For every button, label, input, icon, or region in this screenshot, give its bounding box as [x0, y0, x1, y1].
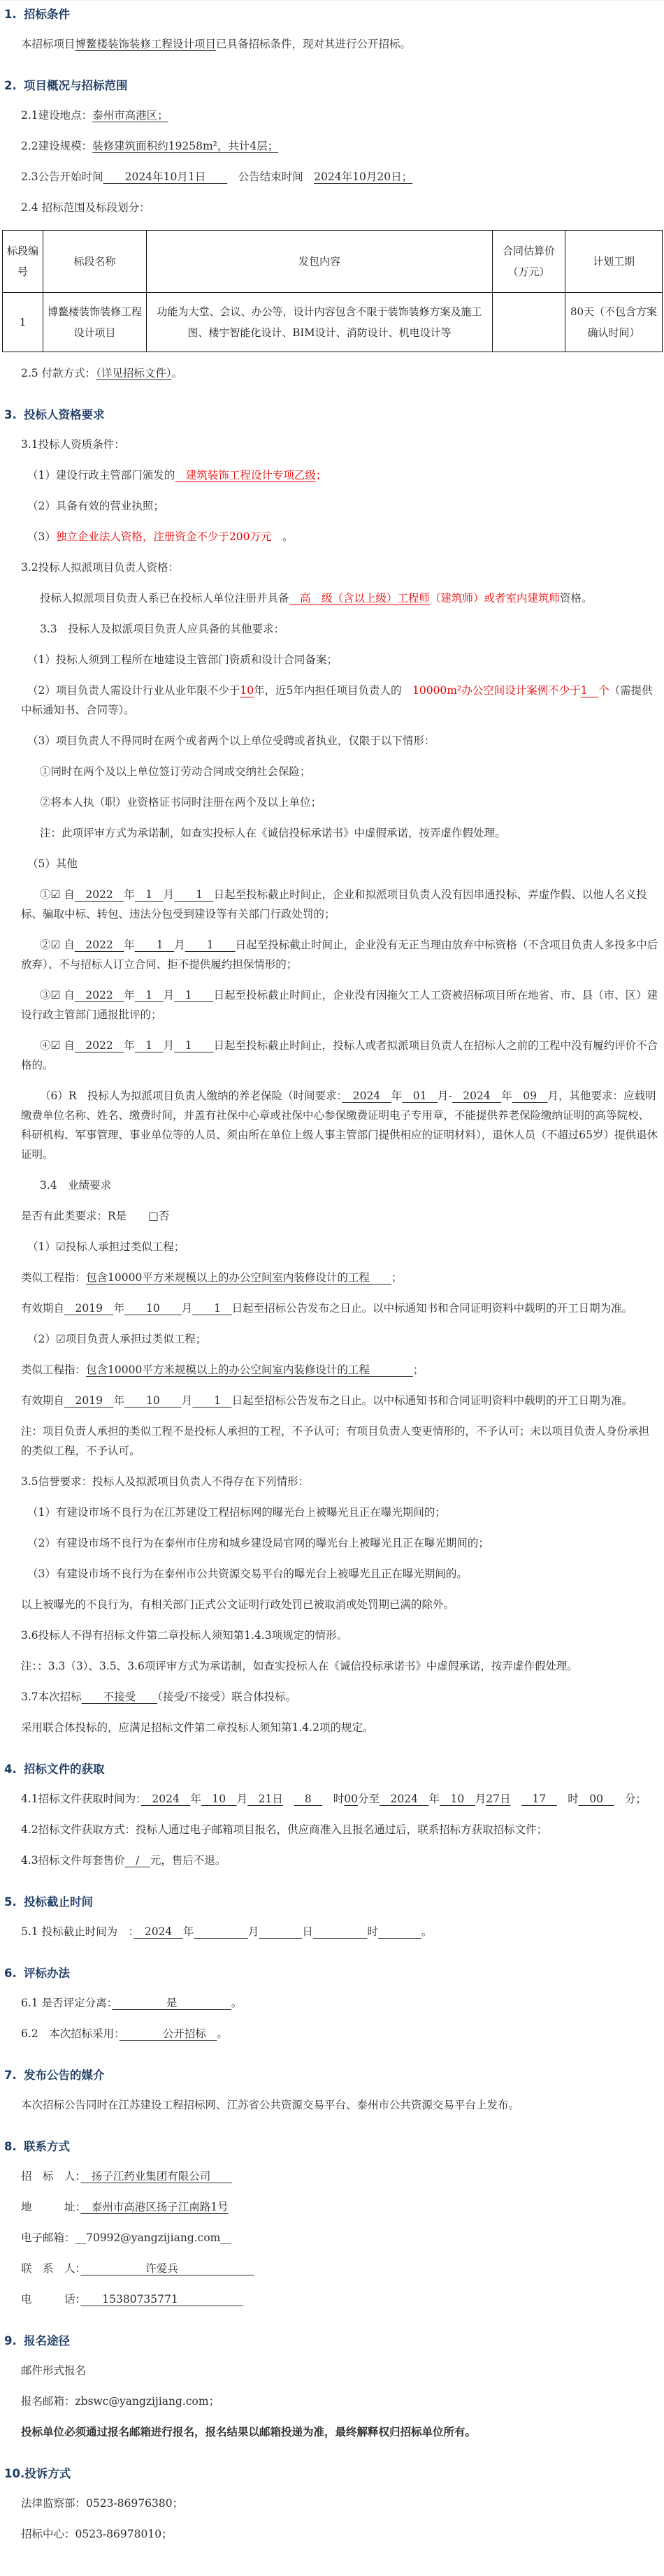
- section-number: 5.: [0, 1894, 24, 1911]
- para-tender-center-phone: 招标中心：0523-86978010；: [0, 2524, 664, 2544]
- para-credit-1: （1）有建设市场不良行为在江苏建设工程招标网的曝光台上被曝光且正在曝光期间的；: [0, 1503, 664, 1522]
- tender-sections-table: 标段编号 标段名称 发包内容 合同估算价（万元） 计划工期 1 博鳌楼装饰装修工…: [2, 230, 663, 352]
- para-tenderer-name: 招 标 人： 扬子江药业集团有限公司: [0, 2166, 664, 2186]
- para-similar-validity-1: 有效期自 2019 年 10 月 1 日起至招标公告发布之日止。以中标通知书和合…: [0, 1298, 664, 1318]
- heading-complaint-method: 10.投诉方式: [0, 2466, 664, 2482]
- section-title: 联系方式: [24, 2139, 70, 2155]
- para-pm-similar: （2）☑项目负责人承担过类似工程；: [0, 1329, 664, 1349]
- section-title: 发布公告的媒介: [24, 2067, 105, 2084]
- para-note-commitment: 注：此项评审方式为承诺制，如查实投标人在《诚信投标承诺书》中虚假承诺，按弄虚作假…: [0, 823, 664, 843]
- section-number: 8.: [0, 2139, 24, 2155]
- para-other-req-3: （3）项目负责人不得同时在两个或者两个以上单位受聘或者执业，仅限于以下情形：: [0, 731, 664, 751]
- col-planned-duration: 计划工期: [565, 231, 663, 293]
- section-title: 评标办法: [24, 1965, 70, 1982]
- section-number: 6.: [0, 1965, 24, 1982]
- section-number: 3.: [0, 407, 24, 424]
- para-credit-3: （3）有建设市场不良行为在泰州市公共资源交易平台的曝光台上被曝光且正在曝光期间的…: [0, 1564, 664, 1584]
- para-phone: 电 话： 15380735771: [0, 2289, 664, 2309]
- para-note-commitment-items: 注：：3.3（3）、3.5、3.6项评审方式为承诺制，如查实投标人在《诚信投标承…: [0, 1656, 664, 1676]
- para-performance-yesno: 是否有此类要求：R是 □否: [0, 1206, 664, 1226]
- para-contact-person: 联 系 人： 许爱兵: [0, 2259, 664, 2278]
- table-row: 1 博鳌楼装饰装修工程设计项目 功能为大堂、会议、办公等，设计内容包含不限于装饰…: [3, 293, 663, 352]
- para-payment-method: 2.5 付款方式：（详见招标文件）。: [0, 363, 664, 383]
- section-title: 投诉方式: [24, 2466, 71, 2482]
- col-contract-content: 发包内容: [147, 231, 493, 293]
- para-qualification-3: （3）独立企业法人资格，注册资金不少于200万元 。: [0, 527, 664, 547]
- col-section-number: 标段编号: [3, 231, 43, 293]
- para-other-requirements-intro: 3.3 投标人及拟派项目负责人应具备的其他要求：: [0, 619, 664, 639]
- para-tender-method: 6.2 本次招标采用： 公开招标 。: [0, 2024, 664, 2043]
- col-estimated-price: 合同估算价（万元）: [493, 231, 565, 293]
- para-credit-2: （2）有建设市场不良行为在泰州市住房和城乡建设局官网的曝光台上被曝光且正在曝光期…: [0, 1533, 664, 1553]
- para-other-5-1: ①☑ 自 2022 年 1 月 1 日起至投标截止时间止，企业和拟派项目负责人没…: [0, 885, 664, 924]
- para-other-5-4: ④☑ 自 2022 年 1 月 1 日起至投标截止时间止，投标人或者拟派项目负责…: [0, 1036, 664, 1075]
- para-other-5: （5）其他: [0, 854, 664, 874]
- para-media: 本次招标公告同时在江苏建设工程招标网、江苏省公共资源交易平台、泰州市公共资源交易…: [0, 2095, 664, 2115]
- para-signup-method: 邮件形式报名: [0, 2361, 664, 2380]
- para-credit-exception: 以上被曝光的不良行为，有相关部门正式公文证明行政处罚已被取消或处罚期已满的除外。: [0, 1595, 664, 1614]
- para-credit-req: 3.5信誉要求：投标人及拟派项目负责人不得存在下列情形：: [0, 1472, 664, 1491]
- para-similar-validity-2: 有效期自 2019 年 10 月 1 日起至招标公告发布之日止。以中标通知书和合…: [0, 1391, 664, 1410]
- para-signup-email: 报名邮箱：zbswc@yangzijiang.com；: [0, 2392, 664, 2411]
- para-performance-req: 3.4 业绩要求: [0, 1175, 664, 1195]
- para-pm-qualification-intro: 3.2投标人拟派项目负责人资格：: [0, 558, 664, 577]
- para-other-req-3-2: ②将本人执（职）业资格证书同时注册在两个及以上单位；: [0, 793, 664, 812]
- para-address: 地 址： 泰州市高港区扬子江南路1号: [0, 2197, 664, 2217]
- heading-announcement-media: 7.发布公告的媒介: [0, 2067, 664, 2084]
- tender-announcement-document: 1.招标条件 本招标项目博鳌楼装饰装修工程设计项目已具备招标条件，现对其进行公开…: [0, 0, 664, 2576]
- section-title: 投标截止时间: [24, 1894, 93, 1911]
- para-consortium: 3.7本次招标 不接受 （接受/不接受）联合体投标。: [0, 1687, 664, 1707]
- para-similar-def-1: 类似工程指：包含10000平方米规模以上的办公空间室内装修设计的工程 ；: [0, 1268, 664, 1287]
- para-doc-time: 4.1招标文件获取时间为： 2024 年 10 月 21日 8 时00分至 20…: [0, 1789, 664, 1809]
- para-construction-scale: 2.2建设规模：装修建筑面积约19258m²，共计4层；: [0, 136, 664, 156]
- para-bidder-similar: （1）☑投标人承担过类似工程；: [0, 1237, 664, 1257]
- para-scope-intro: 2.4 招标范围及标段划分：: [0, 198, 664, 217]
- section-number: 9.: [0, 2333, 24, 2350]
- section-number: 4.: [0, 1761, 24, 1778]
- table-header-row: 标段编号 标段名称 发包内容 合同估算价（万元） 计划工期: [3, 231, 663, 293]
- para-other-req-3-1: ①同时在两个及以上单位签订劳动合同或交纳社会保险；: [0, 762, 664, 781]
- section-title: 投标人资格要求: [24, 407, 105, 424]
- para-doc-price: 4.3招标文件每套售价 / 元，售后不退。: [0, 1851, 664, 1870]
- heading-bid-deadline: 5.投标截止时间: [0, 1894, 664, 1911]
- para-deadline: 5.1 投标截止时间为 ： 2024 年 月 日 时 。: [0, 1922, 664, 1941]
- cell-section-number: 1: [3, 293, 43, 352]
- heading-tender-conditions: 1.招标条件: [0, 6, 664, 23]
- para-announcement-period: 2.3公告开始时间 2024年10月1日 公告结束时间 2024年10月20日；: [0, 167, 664, 187]
- para-eval-separation: 6.1 是否评定分离： 是 。: [0, 1993, 664, 2013]
- section-title: 招标条件: [24, 6, 70, 23]
- para-other-5-3: ③☑ 自 2022 年 1 月 1 日起至投标截止时间止，企业没有因拖欠工人工资…: [0, 985, 664, 1025]
- section-number: 10.: [0, 2466, 24, 2482]
- para-similar-def-2: 类似工程指：包含10000平方米规模以上的办公空间室内装修设计的工程 ；: [0, 1360, 664, 1380]
- section-title: 招标文件的获取: [24, 1761, 105, 1778]
- para-other-req-1: （1）投标人须到工程所在地建设主管部门资质和设计合同备案；: [0, 650, 664, 670]
- para-qualification-intro: 3.1投标人资质条件：: [0, 435, 664, 454]
- para-similar-note: 注：项目负责人承担的类似工程不是投标人承担的工程，不予认可；有项目负责人变更情形…: [0, 1421, 664, 1461]
- para-doc-method: 4.2招标文件获取方式：投标人通过电子邮箱项目报名，供应商准入且报名通过后，联系…: [0, 1820, 664, 1839]
- para-signup-note: 投标单位必须通过报名邮箱进行报名，报名结果以邮箱投递为准，最终解释权归招标单位所…: [0, 2422, 664, 2442]
- section-number: 2.: [0, 78, 24, 94]
- heading-bidder-qualification: 3.投标人资格要求: [0, 407, 664, 424]
- para-qualification-1: （1）建设行政主管部门颁发的 建筑装饰工程设计专项乙级；: [0, 465, 664, 485]
- cell-contract-content: 功能为大堂、会议、办公等，设计内容包含不限于装饰装修方案及施工图、楼宇智能化设计…: [147, 293, 493, 352]
- heading-evaluation-method: 6.评标办法: [0, 1965, 664, 1982]
- para-other-5-2: ②☑ 自 2022 年 1 月 1 日起至投标截止时间止，企业没有无正当理由放弃…: [0, 935, 664, 974]
- section-title: 项目概况与招标范围: [24, 78, 128, 94]
- para-email: 电子邮箱：__70992@yangzijiang.com__: [0, 2228, 664, 2248]
- heading-contact-info: 8.联系方式: [0, 2139, 664, 2155]
- para-qualification-2: （2）具备有效的营业执照；: [0, 496, 664, 516]
- cell-estimated-price: [493, 293, 565, 352]
- para-pm-qualification: 投标人拟派项目负责人系已在投标人单位注册并具备 高 级（含以上级）工程师（建筑师…: [0, 588, 664, 608]
- para-other-6-pension: （6）R 投标人为拟派项目负责人缴纳的养老保险（时间要求： 2024 年 01 …: [0, 1086, 664, 1164]
- para-other-req-2: （2）项目负责人需设计行业从业年限不少于10年，近5年内担任项目负责人的 100…: [0, 681, 664, 720]
- para-legal-supervision-phone: 法律监察部：0523-86976380；: [0, 2494, 664, 2513]
- section-number: 7.: [0, 2067, 24, 2084]
- para-tender-condition-statement: 本招标项目博鳌楼装饰装修工程设计项目已具备招标条件，现对其进行公开招标。: [0, 34, 664, 54]
- para-consortium-note: 采用联合体投标的，应满足招标文件第二章投标人须知第1.4.2项的规定。: [0, 1718, 664, 1737]
- para-3-6-restriction: 3.6投标人不得有招标文件第二章投标人须知第1.4.3项规定的情形。: [0, 1626, 664, 1645]
- heading-document-acquisition: 4.招标文件的获取: [0, 1761, 664, 1778]
- heading-project-overview: 2.项目概况与招标范围: [0, 78, 664, 94]
- col-section-name: 标段名称: [43, 231, 147, 293]
- cell-planned-duration: 80天（不包含方案确认时间）: [565, 293, 663, 352]
- cell-section-name: 博鳌楼装饰装修工程设计项目: [43, 293, 147, 352]
- para-construction-site: 2.1建设地点：泰州市高港区；: [0, 106, 664, 125]
- heading-signup-route: 9.报名途径: [0, 2333, 664, 2350]
- section-number: 1.: [0, 6, 24, 23]
- section-title: 报名途径: [24, 2333, 70, 2350]
